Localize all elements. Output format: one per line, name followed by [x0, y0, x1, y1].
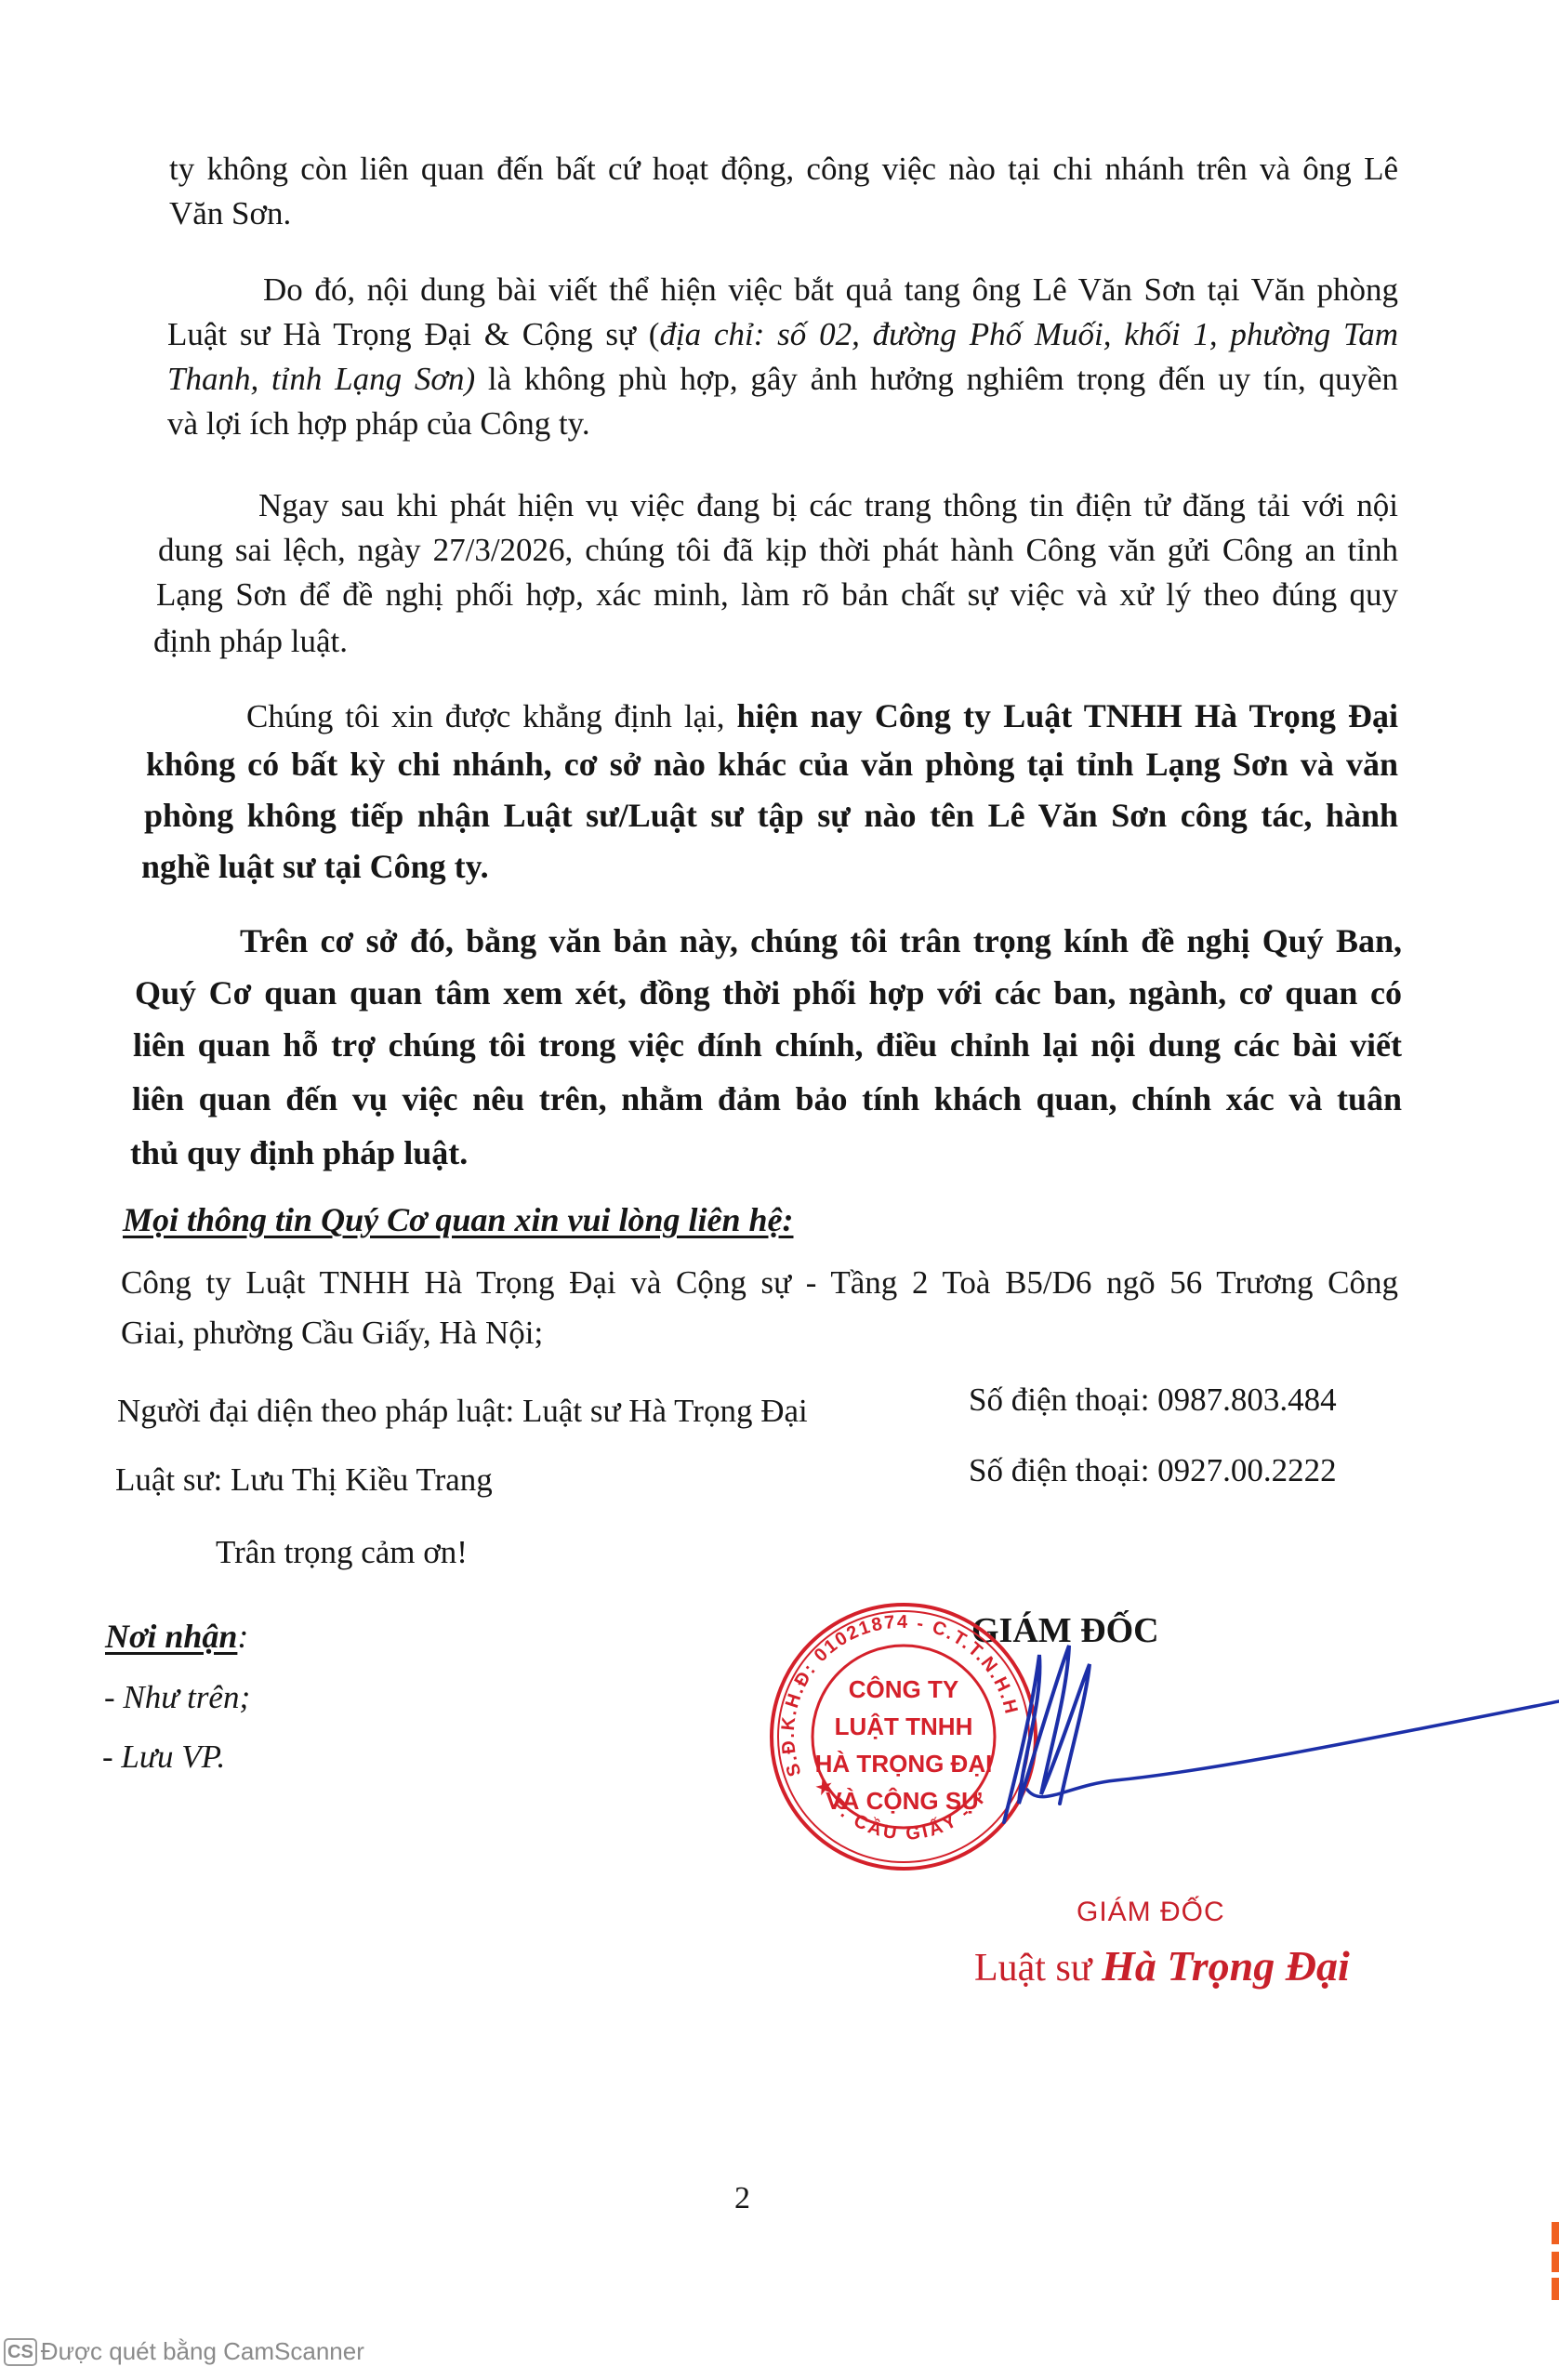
paragraph-4-line-3: phòng không tiếp nhận Luật sư/Luật sư tậ…	[144, 795, 1398, 836]
paragraph-2-line-2: Luật sư Hà Trọng Đại & Cộng sự (địa chỉ:…	[167, 314, 1398, 355]
svg-text:HÀ TRỌNG ĐẠI: HÀ TRỌNG ĐẠI	[815, 1750, 993, 1778]
paragraph-3-line-2: dung sai lệch, ngày 27/3/2026, chúng tôi…	[158, 530, 1398, 571]
director-stamp-script-name: Hà Trọng Đại	[1102, 1942, 1350, 1990]
contact-heading: Mọi thông tin Quý Cơ quan xin vui lòng l…	[123, 1199, 794, 1240]
contact-representative-phone: Số điện thoại: 0987.803.484	[969, 1380, 1337, 1421]
paragraph-4-line-1-bold: hiện nay Công ty Luật TNHH Hà Trọng Đại	[736, 697, 1398, 734]
recipients-heading-text: Nơi nhận	[105, 1618, 237, 1655]
svg-text:LUẬT TNHH: LUẬT TNHH	[835, 1712, 973, 1740]
contact-representative: Người đại diện theo pháp luật: Luật sư H…	[117, 1391, 808, 1432]
paragraph-5-line-2: Quý Cơ quan quan tâm xem xét, đồng thời …	[135, 972, 1402, 1013]
paragraph-3-line-3: Lạng Sơn để đề nghị phối hợp, xác minh, …	[156, 575, 1398, 615]
director-stamp-title: GIÁM ĐỐC	[1077, 1897, 1225, 1928]
director-stamp-prefix: Luật sư	[974, 1947, 1102, 1990]
camscanner-logo-icon: CS	[4, 2338, 37, 2366]
paragraph-1-line-1: ty không còn liên quan đến bất cứ hoạt đ…	[169, 149, 1398, 190]
recipients-heading: Nơi nhận:	[105, 1616, 248, 1657]
scan-edge-marks	[1540, 2166, 1559, 2334]
paragraph-5-line-1: Trên cơ sở đó, bằng văn bản này, chúng t…	[240, 920, 1402, 961]
contact-address-line-2: Giai, phường Cầu Giấy, Hà Nội;	[121, 1313, 543, 1354]
paragraph-3-line-4: định pháp luật.	[153, 621, 348, 662]
page-number: 2	[734, 2181, 750, 2216]
office-address-italic: địa chỉ: số 02, đường Phố Muối, khối 1, …	[659, 316, 1398, 352]
paragraph-2-line-3: Thanh, tỉnh Lạng Sơn) là không phù hợp, …	[167, 359, 1398, 400]
office-address-italic-cont: Thanh, tỉnh Lạng Sơn)	[167, 361, 475, 397]
document-page: ty không còn liên quan đến bất cứ hoạt đ…	[0, 0, 1559, 2380]
contact-lawyer-phone: Số điện thoại: 0927.00.2222	[969, 1450, 1337, 1491]
svg-text:CÔNG TY: CÔNG TY	[849, 1675, 958, 1703]
paragraph-3-line-1: Ngay sau khi phát hiện vụ việc đang bị c…	[258, 485, 1398, 526]
paragraph-4-line-2: không có bất kỳ chi nhánh, cơ sở nào khá…	[146, 744, 1398, 785]
contact-lawyer: Luật sư: Lưu Thị Kiều Trang	[115, 1460, 493, 1501]
paragraph-1-line-2: Văn Sơn.	[169, 193, 291, 234]
company-seal-icon: S.Đ.K.H.Đ: 01021874 - C.T.T.N.H.H ★ P. C…	[764, 1597, 1043, 1876]
paragraph-5-line-3: liên quan hỗ trợ chúng tôi trong việc đí…	[133, 1025, 1402, 1065]
recipient-item: - Lưu VP.	[102, 1737, 225, 1778]
paragraph-4-line-1: Chúng tôi xin được khẳng định lại, hiện …	[246, 695, 1398, 737]
recipients-heading-colon: :	[237, 1618, 248, 1655]
camscanner-label: Được quét bằng CamScanner	[41, 2337, 364, 2366]
paragraph-5-line-4: liên quan đến vụ việc nêu trên, nhằm đảm…	[132, 1078, 1402, 1119]
paragraph-5-line-5: thủ quy định pháp luật.	[130, 1132, 468, 1173]
paragraph-2-line-1: Do đó, nội dung bài viết thể hiện việc b…	[263, 270, 1398, 311]
recipient-item: - Như trên;	[104, 1677, 250, 1718]
svg-text:VÀ CỘNG SỰ: VÀ CỘNG SỰ	[826, 1787, 982, 1815]
camscanner-watermark: CS Được quét bằng CamScanner	[4, 2337, 364, 2366]
director-stamp-name: Luật sư Hà Trọng Đại	[974, 1941, 1350, 1990]
paragraph-2-line-2-text: Luật sư Hà Trọng Đại & Cộng sự (	[167, 316, 659, 352]
closing-thanks: Trân trọng cảm ơn!	[216, 1532, 468, 1573]
paragraph-4-line-1-text: Chúng tôi xin được khẳng định lại,	[246, 698, 736, 734]
paragraph-2-line-3-text: là không phù hợp, gây ảnh hưởng nghiêm t…	[475, 361, 1398, 397]
contact-address-line-1: Công ty Luật TNHH Hà Trọng Đại và Cộng s…	[121, 1263, 1398, 1303]
paragraph-4-line-4: nghề luật sư tại Công ty.	[141, 846, 489, 887]
paragraph-2-line-4: và lợi ích hợp pháp của Công ty.	[167, 403, 590, 444]
